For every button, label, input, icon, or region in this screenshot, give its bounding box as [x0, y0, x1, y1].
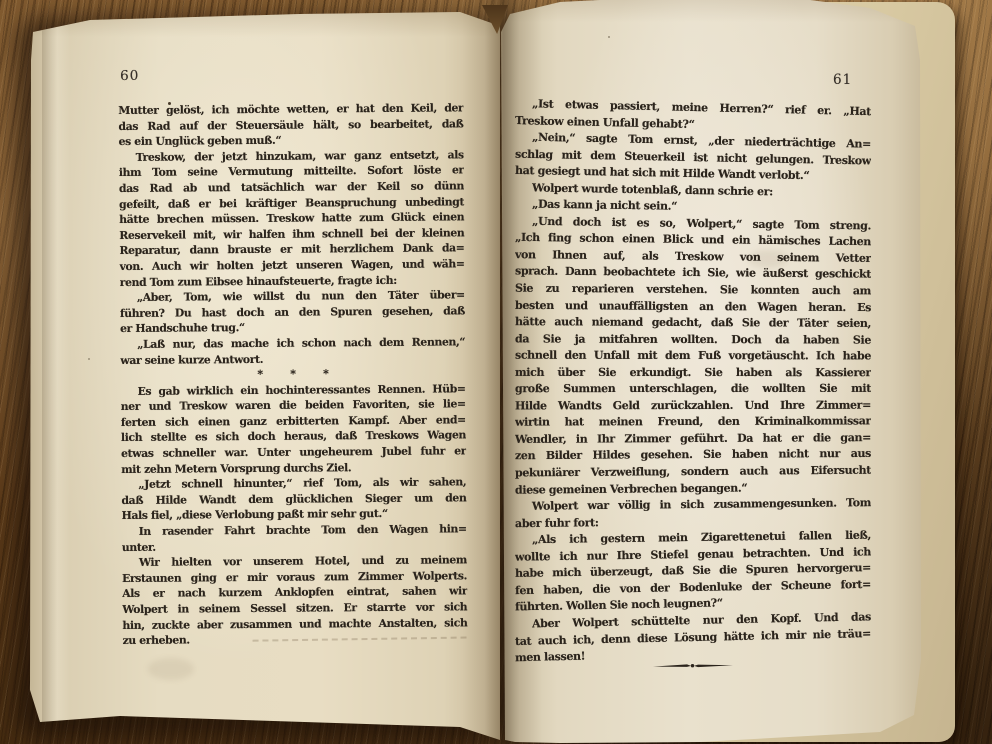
text-line: führen? Du hast doch an den Spuren geseh…: [120, 303, 465, 321]
text-line: „Laß nur, das mache ich schon nach dem R…: [120, 334, 465, 352]
page-number-right: 61: [833, 72, 852, 88]
text-line: Sie zu reparieren verstehen. Sie konnten…: [515, 281, 871, 300]
paper-speck: [608, 36, 610, 38]
end-rule-ornament: [653, 662, 733, 670]
text-line: wirtin hat meinen Freund, den Kriminalko…: [515, 414, 871, 432]
paper-stain: [148, 658, 194, 680]
text-line: etwas schneller war. Unter ungeheurem Ju…: [121, 443, 466, 461]
text-line: schnell den Unfall mit dem Fuß vorgetäus…: [515, 348, 871, 365]
text-line: In rasender Fahrt brachte Tom den Wagen …: [122, 521, 467, 539]
paper-speck: [88, 358, 90, 360]
page-number-left: 60: [120, 68, 139, 84]
text-line: da Sie ja mitfahren wollten. Doch da hab…: [515, 331, 871, 349]
text-line: hin, zuckte aber zusammen und machte Ans…: [122, 615, 467, 633]
text-line: daß Hilde Wandt dem glücklichen Sieger u…: [121, 490, 466, 508]
page-crease: [42, 8, 70, 740]
text-line: Hilde Wandts Geld zurückzahlen. Und Ihre…: [515, 397, 871, 414]
text-line: das Rad auf der Steuersäule hält, so bea…: [118, 116, 463, 134]
text-line: hätte auch niemand gedacht, daß Sie der …: [515, 314, 871, 332]
page-60-body: Mutter gelöst, ich möchte wetten, er hat…: [118, 100, 467, 648]
page-61-body: „Ist etwas passiert, meine Herren?“ rief…: [515, 100, 871, 663]
wood-table: 60 Mutter gelöst, ich möchte wetten, er …: [0, 0, 992, 744]
text-line: große Summen unterschlagen, die wollten …: [515, 381, 871, 398]
text-line: von. Auch wir holten jetzt unseren Wagen…: [120, 256, 465, 274]
text-line: mich über Sie erkundigt. Sie haben als K…: [515, 365, 871, 382]
